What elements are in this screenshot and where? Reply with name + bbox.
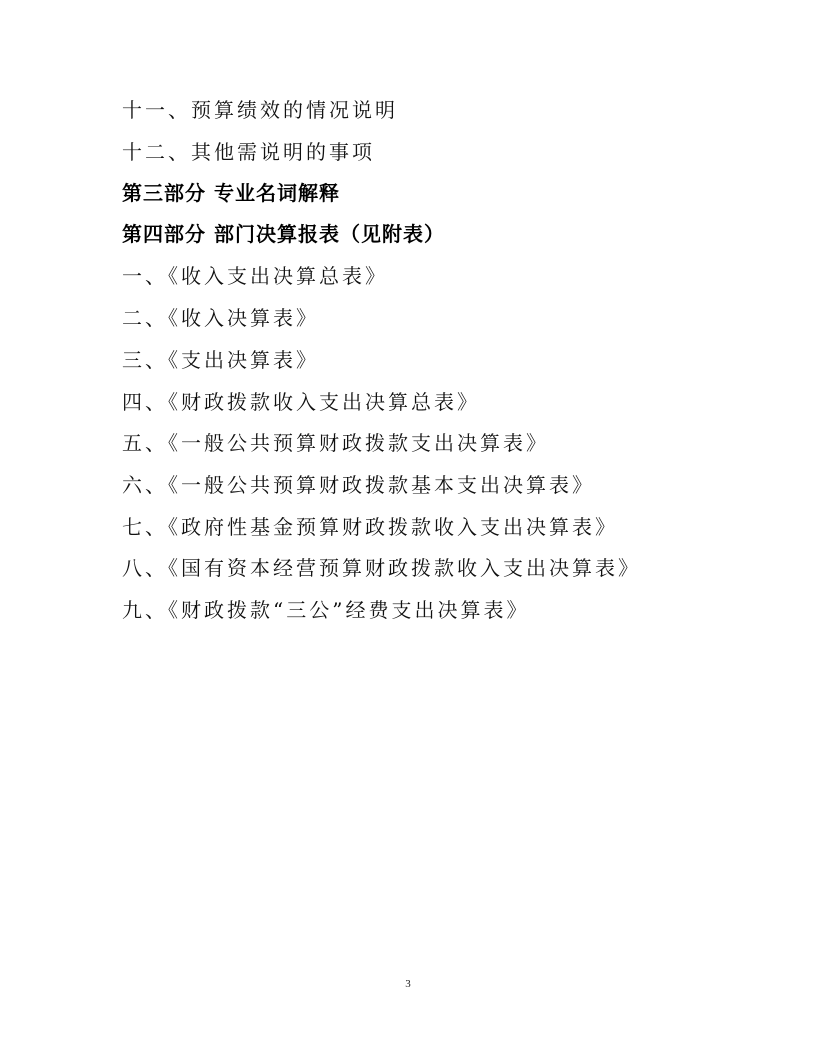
toc-table-6: 六、《一般公共预算财政拨款基本支出决算表》 xyxy=(122,473,595,497)
toc-table-1: 一、《收入支出决算总表》 xyxy=(122,264,388,288)
toc-heading-part4: 第四部分 部门决算报表（见附表） xyxy=(122,222,445,246)
toc-table-3: 三、《支出决算表》 xyxy=(122,348,319,372)
page-number: 3 xyxy=(0,978,816,990)
toc-table-4: 四、《财政拨款收入支出决算总表》 xyxy=(122,390,480,414)
toc-item-11: 十一、预算绩效的情况说明 xyxy=(122,98,398,122)
toc-heading-part3: 第三部分 专业名词解释 xyxy=(122,181,340,205)
toc-table-2: 二、《收入决算表》 xyxy=(122,306,319,330)
toc-item-12: 十二、其他需说明的事项 xyxy=(122,140,375,164)
toc-table-9: 九、《财政拨款“三公”经费支出决算表》 xyxy=(122,598,529,622)
toc-table-8: 八、《国有资本经营预算财政拨款收入支出决算表》 xyxy=(122,556,641,580)
toc-table-5: 五、《一般公共预算财政拨款支出决算表》 xyxy=(122,431,549,455)
document-page: 十一、预算绩效的情况说明 十二、其他需说明的事项 第三部分 专业名词解释 第四部… xyxy=(0,0,816,1056)
toc-table-7: 七、《政府性基金预算财政拨款收入支出决算表》 xyxy=(122,515,618,539)
